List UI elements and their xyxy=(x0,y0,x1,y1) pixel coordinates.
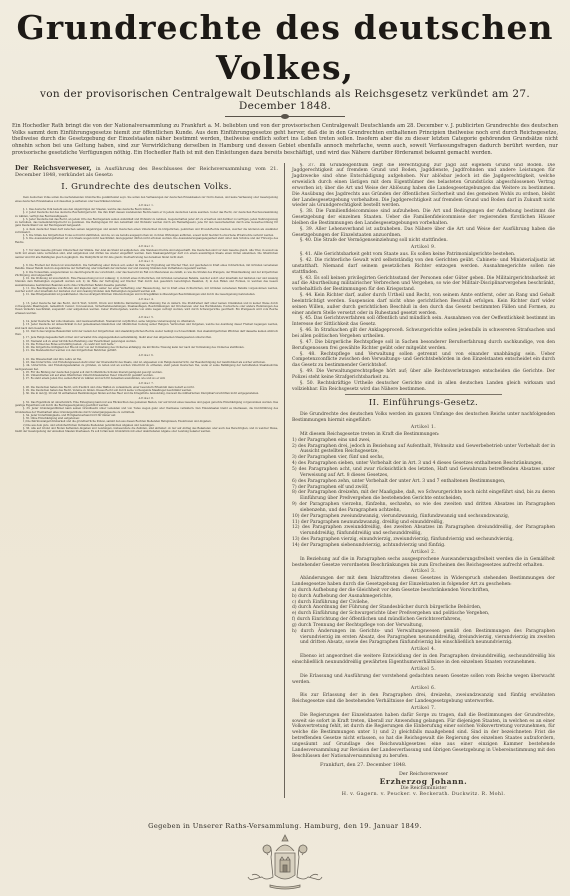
part1-heading: I. Grundrechte des deutschen Volks. xyxy=(15,182,278,193)
artikel-intro: Bis zur Erlassung der in den Paragraphen… xyxy=(292,693,555,705)
artikel-heading: Artikel 9. xyxy=(292,245,555,251)
artikel-heading: Artikel 6. xyxy=(292,686,555,692)
artikel-intro: Ebenso ist angeordnet die weitere Entwic… xyxy=(292,654,555,666)
artikel-intro: Die Regierungen der Einzelstaaten haben … xyxy=(292,713,555,760)
paragraph: §. 40. Die Strafe der Vermögenseinziehun… xyxy=(292,238,555,244)
paragraph: §. 6. Die Auswanderungsfreiheit ist von … xyxy=(15,237,278,244)
section-divider xyxy=(345,394,503,395)
paragraph: §. 3. Jeder Deutsche hat das Recht, an j… xyxy=(15,218,278,228)
list-item: 8) der Paragraphen dreizehn, mit der Maa… xyxy=(292,490,555,502)
paragraph: §. 37. Im Grundeigenthum liegt die Berec… xyxy=(292,163,555,210)
paragraph: §. 48. Rechtspflege und Verwaltung solle… xyxy=(292,352,555,370)
paragraph: §. 39. Aller Lehensverband ist aufzuhebe… xyxy=(292,227,555,239)
artikel-heading: Artikel 5. xyxy=(292,667,555,673)
artikel-heading: Artikel 1. xyxy=(292,425,555,431)
list-item: 12) des Paragraphen zweiunddreißig, des … xyxy=(292,525,555,537)
page-title: Grundrechte des deutschen Volkes, xyxy=(10,8,560,88)
paragraph: §. 47. Die bürgerliche Rechtspflege soll… xyxy=(292,340,555,352)
paragraph: §. 12. Das Briefgeheimniß ist gewährleis… xyxy=(15,293,278,296)
ornamental-rule xyxy=(225,115,345,119)
hamburg-coat-of-arms-icon xyxy=(240,833,330,891)
artikel-intro: Abänderungen der mit dem Inkrafttreten d… xyxy=(292,576,555,588)
right-column: §. 37. Im Grundeigenthum liegt die Berec… xyxy=(285,163,560,798)
proclamation-page: Grundrechte des deutschen Volkes, von de… xyxy=(0,0,570,896)
paragraph: §. 43. Es soll keinen privilegirten Geri… xyxy=(292,276,555,294)
artikel-heading: Artikel 3. xyxy=(15,260,278,263)
artikel-heading: Artikel 4. xyxy=(292,647,555,653)
artikel-heading: Artikel 7. xyxy=(292,706,555,712)
paragraph: §. 45. Das Gerichtsverfahren soll öffent… xyxy=(292,316,555,328)
list-item: h) durch Änderungen im Gerichts- und Ver… xyxy=(292,629,555,647)
two-column-body: Der Reichsverweser, in Ausführung des Be… xyxy=(10,163,560,798)
paragraph: §. 7. Vor dem Gesetze gilt kein Untersch… xyxy=(15,249,278,259)
artikel-heading: Artikel 4. xyxy=(15,298,278,301)
left-column: Der Reichsverweser, in Ausführung des Be… xyxy=(10,163,285,798)
list-item: 14) der Paragraphen siebenundvierzig, ac… xyxy=(292,543,555,549)
artikel-heading: Artikel 8. xyxy=(15,397,278,400)
part2-preamble: Die Grundrechte des deutschen Volks werd… xyxy=(292,412,555,424)
paragraph: §. 44. Kein Richter darf, außer durch Ur… xyxy=(292,293,555,316)
paragraph: §. 38. Die Familienfideicommisse sind au… xyxy=(292,209,555,227)
artikel-heading: Artikel 7. xyxy=(15,382,278,385)
paragraph: §. 13. Jeder Deutsche hat das Recht, dur… xyxy=(15,302,278,315)
part1-continued-sections: §. 37. Im Grundeigenthum liegt die Berec… xyxy=(292,163,555,393)
artikel-heading: Artikel 3. xyxy=(292,569,555,575)
list-item: 9) der Paragraphen vierzehn, fünfzehn, s… xyxy=(292,502,555,514)
decree-line: Der Reichsverweser, in Ausführung des Be… xyxy=(15,165,278,179)
artikel-heading: Artikel 2. xyxy=(15,245,278,248)
artikel-intro: In Beziehung auf die in Paragraphen sech… xyxy=(292,557,555,569)
paragraph: §. 46. In Strafsachen gilt der Anklagepr… xyxy=(292,328,555,340)
part1-preamble: Dem deutschen Volke sollen die nachstehe… xyxy=(15,196,278,203)
list-item: 5) des Paragraphen acht, und zwar rücksi… xyxy=(292,467,555,479)
page-subtitle: von der provisorischen Centralgewalt Deu… xyxy=(10,88,560,112)
paragraph: §. 50. Rechtskräftige Urtheile deutscher… xyxy=(292,381,555,393)
dateline: Frankfurt, den 27. December 1848. xyxy=(292,763,555,769)
part1-sections: Artikel 1.§. 1. Das deutsche Volk besteh… xyxy=(15,204,278,434)
artikel-heading: Artikel 2. xyxy=(292,550,555,556)
ministers-names: H. v. Gagern. v. Peucker. v. Beckerath. … xyxy=(292,792,555,798)
paragraph: §. 27. Es steht einem Jeden frei, seinen… xyxy=(15,377,278,380)
artikel-heading: Artikel 1. xyxy=(15,204,278,207)
artikel-heading: Artikel 5. xyxy=(15,316,278,319)
paragraph: §. 21. Die Standesbücher werden von den … xyxy=(15,349,278,352)
paragraph: §. 10. Die Wohnung ist unverletzlich. Ei… xyxy=(15,277,278,287)
paragraph: §. 30. Die in den §§. 29 und 30 enthalte… xyxy=(15,392,278,395)
paragraph: §. 49. Die Verwaltungsrechtspflege hört … xyxy=(292,369,555,381)
list-item: 2) des Paragraphen drei, jedoch in Bezie… xyxy=(292,444,555,456)
artikel-intro: Die Erlassung und Ausführung der vorsteh… xyxy=(292,674,555,686)
decree-lead: Der Reichsverweser, xyxy=(15,164,92,172)
paragraph: §. 36. Alle auf Grund und Boden haftende… xyxy=(15,427,278,434)
part2-sections: Artikel 1.Mit diesem Reichsgesetze trete… xyxy=(292,425,555,759)
signatory-name: Erzherzog Johann. xyxy=(292,779,555,785)
paragraph: §. 42. Die richterliche Gewalt wird selb… xyxy=(292,258,555,276)
part2-heading: II. Einführungs-Gesetz. xyxy=(292,398,555,409)
signature-block: Der Reichsverweser Erzherzog Johann. Die… xyxy=(292,772,555,797)
given-at-line: Gegeben in Unserer Raths-Versammlung. Ha… xyxy=(0,822,570,830)
artikel-heading: Artikel 6. xyxy=(15,354,278,357)
intro-paragraph: Ein Hochedler Rath bringt die von der Na… xyxy=(12,123,558,157)
